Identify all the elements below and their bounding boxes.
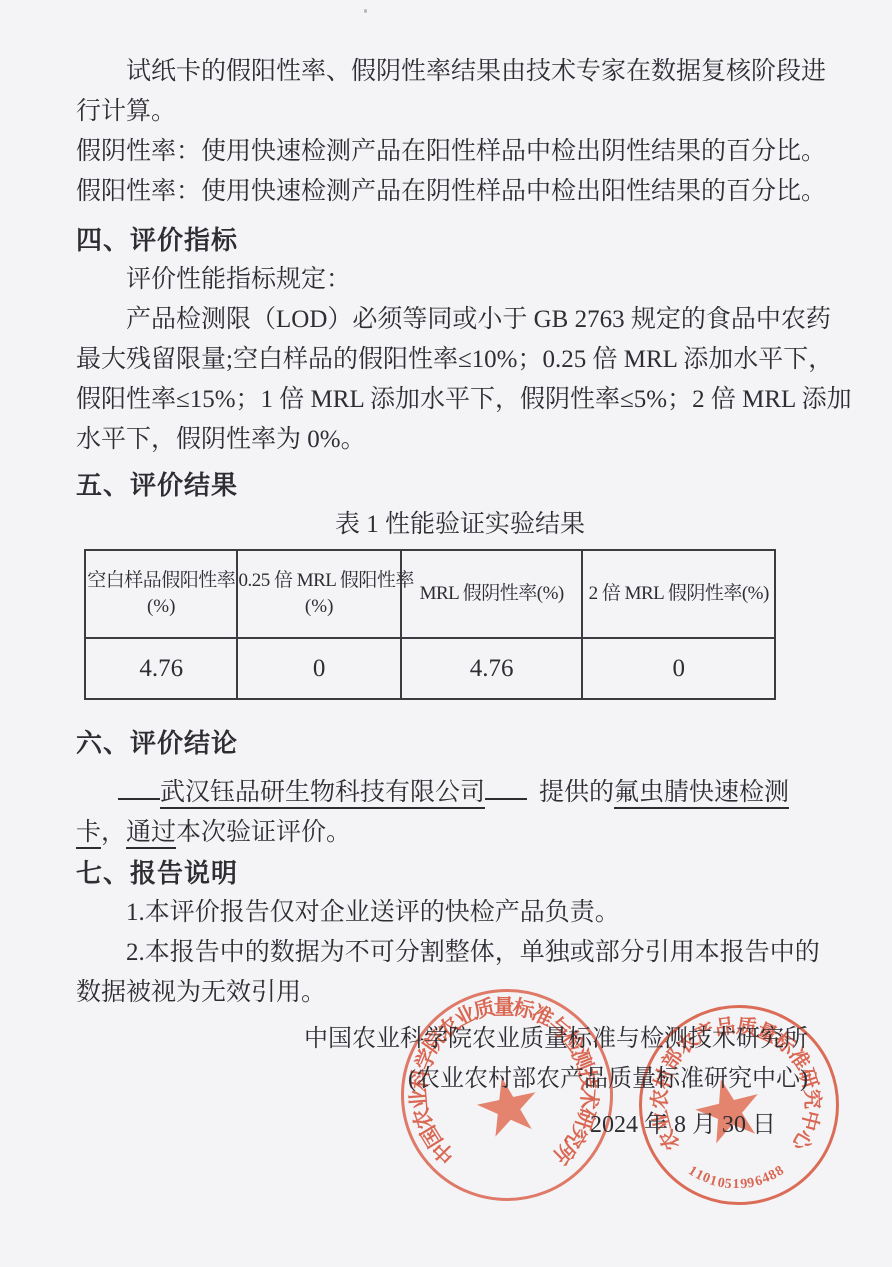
intro-line: 行计算。 — [76, 92, 808, 132]
signature-org: 中国农业科学院农业质量标准与检测技术研究所 — [76, 1019, 808, 1059]
section4-line: 水平下，假阴性率为 0%。 — [76, 420, 808, 460]
header-cell-025mrl-fp: 0.25 倍 MRL 假阳性率 (%) — [237, 550, 400, 638]
header-cell-mrl-fn: MRL 假阴性率(%) — [401, 550, 583, 638]
report-note-2-cont: 数据被视为无效引用。 — [76, 973, 808, 1013]
conclusion-mid-text: 提供的 — [539, 779, 614, 806]
intro-line: 试纸卡的假阳性率、假阴性率结果由技术专家在数据复核阶段进 — [76, 52, 808, 92]
table-data-row: 4.76 0 4.76 0 — [85, 638, 775, 699]
section4-line: 产品检测限（LOD）必须等同或小于 GB 2763 规定的食品中农药 — [76, 300, 808, 340]
section6-heading: 六、评价结论 — [76, 723, 808, 763]
report-note-1: 1.本评价报告仅对企业送评的快检产品负责。 — [76, 893, 808, 933]
signature-date: 2024 年 8 月 30 日 — [76, 1105, 808, 1145]
value-025mrl-fp: 0 — [237, 638, 400, 699]
section4-heading: 四、评价指标 — [76, 220, 808, 260]
table-title: 表 1 性能验证实验结果 — [94, 505, 826, 545]
document-content: 试纸卡的假阳性率、假阴性率结果由技术专家在数据复核阶段进 行计算。 假阴性率：使… — [0, 0, 892, 1145]
signature-block: 中国农业科学院农业质量标准与检测技术研究所 (农业农村部农产品质量标准研究中心)… — [76, 1019, 808, 1145]
section4-line: 最大残留限量;空白样品的假阳性率≤10%；0.25 倍 MRL 添加水平下， — [76, 340, 808, 380]
underline-blank — [485, 770, 527, 800]
conclusion-line2: 卡，通过本次验证评价。 — [76, 813, 808, 853]
underline-blank — [118, 770, 160, 800]
conclusion-line1: 武汉钰品研生物科技有限公司提供的氟虫腈快速检测 — [118, 770, 808, 813]
section4-line: 评价性能指标规定： — [76, 260, 808, 300]
header-cell-blank-fp: 空白样品假阳性率 (%) — [85, 550, 237, 638]
section5-heading: 五、评价结果 — [76, 465, 808, 505]
header-cell-2mrl-fn: 2 倍 MRL 假阴性率(%) — [582, 550, 775, 638]
definition-false-negative: 假阴性率：使用快速检测产品在阳性样品中检出阴性结果的百分比。 — [76, 132, 808, 172]
value-mrl-fn: 4.76 — [401, 638, 583, 699]
signature-org-sub: (农业农村部农产品质量标准研究中心) — [76, 1059, 808, 1099]
table-header-row: 空白样品假阳性率 (%) 0.25 倍 MRL 假阳性率 (%) MRL 假阴性… — [85, 550, 775, 638]
product-name: 氟虫腈快速检测 — [614, 779, 789, 809]
report-note-2: 2.本报告中的数据为不可分割整体，单独或部分引用本报告中的 — [76, 933, 808, 973]
value-2mrl-fn: 0 — [582, 638, 775, 699]
section4-line: 假阳性率≤15%；1 倍 MRL 添加水平下，假阴性率≤5%；2 倍 MRL 添… — [76, 380, 808, 420]
definition-false-positive: 假阳性率：使用快速检测产品在阴性样品中检出阳性结果的百分比。 — [76, 172, 808, 212]
scan-artifact-dot — [364, 9, 367, 13]
company-name: 武汉钰品研生物科技有限公司 — [160, 779, 485, 809]
results-table: 空白样品假阳性率 (%) 0.25 倍 MRL 假阳性率 (%) MRL 假阴性… — [84, 549, 776, 700]
value-blank-fp: 4.76 — [85, 638, 237, 699]
section7-heading: 七、报告说明 — [76, 853, 808, 893]
document-page: ★ 中国农业科学院农业质量标准与检测技术研究所 ★ 农业农村部农产品质量标准研究… — [0, 0, 892, 1267]
